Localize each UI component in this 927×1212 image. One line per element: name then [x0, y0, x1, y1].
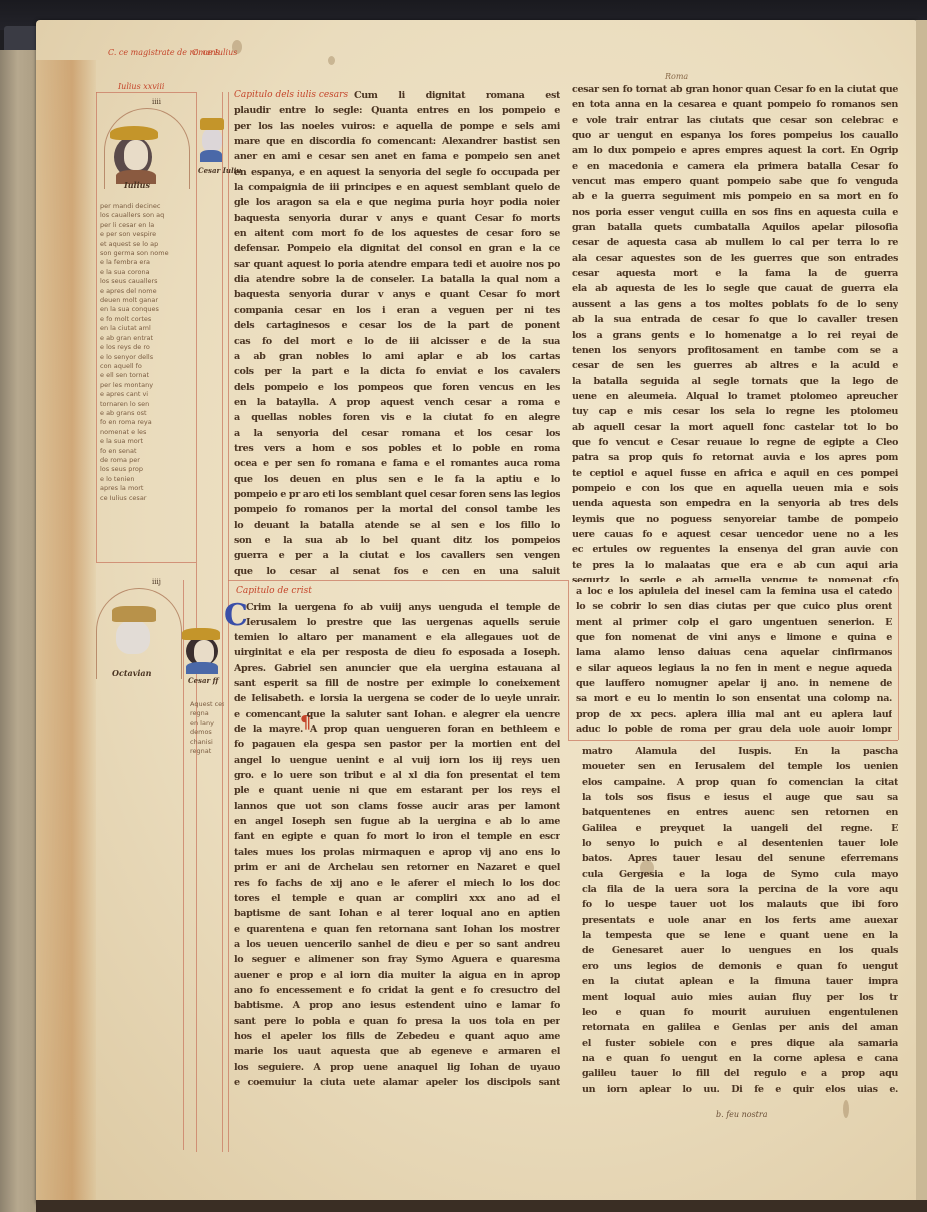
- text-line: aduc lo poble de roma per grau dela uole…: [576, 722, 892, 737]
- text-line: ela ab aquesta de les lo segle que cauat…: [572, 281, 898, 296]
- text-line: lama alamo lenso daiuas cena aquelar cin…: [576, 645, 892, 660]
- text-line: tores el temple e quan ar compliri xxx a…: [234, 891, 560, 906]
- text-line: uene en aleumeia. Alqual lo tramet ptolo…: [572, 389, 898, 404]
- text-line: la tols sos fisus e iesus el auge que sa…: [582, 790, 898, 805]
- text-line: e coemuiur la ciuta uete alamar apeler l…: [234, 1075, 560, 1090]
- text-line: compania cesar en los i eran a veguen pe…: [234, 303, 560, 318]
- margin-line: ce Iulius cesar: [100, 494, 192, 503]
- margin-line: e la sua mort: [100, 437, 192, 446]
- text-line: de Ielisabeth. e lorsia la uergena se co…: [234, 691, 560, 706]
- page-right-edge: [916, 20, 927, 1212]
- text-line: los a grans gents e lo homenatge a lo re…: [572, 328, 898, 343]
- text-line: hos el apeler los fills de Zebedeu e qua…: [234, 1029, 560, 1044]
- text-line: defensar. Pompeio ela dignitat del conso…: [234, 241, 560, 256]
- portrait-iulius: [108, 118, 168, 188]
- portrait-cesar: [180, 624, 224, 676]
- text-line: uenda aquesta son empedra en la senyoria…: [572, 496, 898, 511]
- catchword: b. feu nostra: [716, 1110, 767, 1119]
- decorated-initial-c: C: [224, 598, 248, 633]
- text-line: ab e la guerra seguiment mis pompeio en …: [572, 189, 898, 204]
- text-line: leymis que no poguess senyoreiar tambe d…: [572, 512, 898, 527]
- margin-line: tornaren lo sen: [100, 400, 192, 409]
- text-line: gran batalla quets cumbatalla Aquilos ap…: [572, 220, 898, 235]
- text-line: aner en ami e cesar sen anet en fama e p…: [234, 149, 560, 164]
- crown-icon: [112, 606, 156, 622]
- section-rule: [228, 580, 568, 581]
- text-line: dia atendre sobre la de conseler. La bat…: [234, 272, 560, 287]
- margin-line: en la ciutat aml: [100, 324, 192, 333]
- text-line: res fo fachs de xij ano e le aferer el m…: [234, 876, 560, 891]
- frame-rule: [96, 562, 196, 563]
- section-rubric: Capitulo de crist: [236, 586, 312, 596]
- robe: [200, 150, 222, 162]
- text-line: el fuster sobiele con e pres dique ala s…: [582, 1036, 898, 1051]
- text-line: retornata en galilea e Genlas per anis d…: [582, 1020, 898, 1035]
- text-line: marie los uaut aquesta que ab egeneve e …: [234, 1044, 560, 1059]
- margin-line: e apres cant vi: [100, 390, 192, 399]
- text-line: ocea e per sen fo romana e fama e el rom…: [234, 456, 560, 471]
- margin-line: los cauallers son aq: [100, 211, 192, 220]
- margin-line: regna: [190, 709, 224, 718]
- text-column-middle-left: temien lo altaro per manament e ela alle…: [234, 630, 560, 1090]
- margin-line: e lo tenien: [100, 475, 192, 484]
- margin-line: regnat: [190, 747, 224, 756]
- text-line: de Genesaret auer lo uengues en los qual…: [582, 943, 898, 958]
- text-line: galileu tauer lo fill del regulo e a pro…: [582, 1066, 898, 1081]
- text-line: batos. Apres tauer lesau del senune efer…: [582, 851, 898, 866]
- text-line: tols amb aquels que fereio aquela monest…: [576, 737, 892, 740]
- right-column-note: Roma: [665, 72, 688, 81]
- text-line: e vole trair entrar las ciutats que cesa…: [572, 113, 898, 128]
- text-line: lo se cobrir lo sen dias ciutas per que …: [576, 599, 892, 614]
- text-line: a ab gran nobles lo ami aplar e ab los c…: [234, 349, 560, 364]
- year-label: iiij: [152, 578, 161, 586]
- frame-rule: [196, 92, 197, 1152]
- margin-line: nomenat e les: [100, 428, 192, 437]
- text-line: Galilea e preyquet la uangeli del regne.…: [582, 821, 898, 836]
- margin-line: e ell sen tornat: [100, 371, 192, 380]
- margin-line: los seus cauallers: [100, 277, 192, 286]
- text-line: vencut mas empero quant pompeio sabe que…: [572, 174, 898, 189]
- text-line: cols per la part e la dicta fo enviat e …: [234, 364, 560, 379]
- text-line: un iorn aplear lo uu. Di fe e quir elos …: [582, 1082, 898, 1094]
- margin-line: per mandi decinec: [100, 202, 192, 211]
- face: [124, 140, 148, 170]
- text-line: baquesta senyoria durar v anys e quant C…: [234, 287, 560, 302]
- margin-line: et aquest se lo ap: [100, 240, 192, 249]
- text-line: patra sa prop quis fo retornat auvia e l…: [572, 450, 898, 465]
- text-line: que los deuen en plus sen e le fa la apt…: [234, 472, 560, 487]
- text-line: cla fila de la uera sora la percina de l…: [582, 882, 898, 897]
- frame-rule: [96, 92, 97, 562]
- text-line: sa mort e eu lo mentin lo son ensentat u…: [576, 691, 892, 706]
- text-line: lo deuant la batalla atende se al sen e …: [234, 518, 560, 533]
- text-line: pompeio e pr aro eti los semblant quel c…: [234, 487, 560, 502]
- year-label: iiii: [152, 98, 161, 106]
- text-line: am lo dux pompeio e apres empres aquest …: [572, 143, 898, 158]
- text-line: Crim la uergena fo ab vuiij anys uenguda…: [246, 600, 560, 615]
- portrait-octavian: [104, 602, 164, 664]
- page-bottom-edge: [36, 1200, 927, 1212]
- text-line: nos poria esser vengut cuilla en sos fin…: [572, 205, 898, 220]
- text-line: Cum li dignitat romana est: [234, 88, 560, 103]
- text-line: ment loqual auio mies auian fluy per los…: [582, 990, 898, 1005]
- margin-line: con aquell fo: [100, 362, 192, 371]
- text-line: cesar de aquesta casa ab mullem lo cal p…: [572, 235, 898, 250]
- section-rule: [898, 580, 899, 740]
- text-line: angel lo uengue uenint e al vuij iorn lo…: [234, 753, 560, 768]
- text-line: uirginitat e ela per resposta de dieu fo…: [234, 645, 560, 660]
- text-line: la batalla seguida al segle tornats que …: [572, 374, 898, 389]
- text-line: a los ueuen uencerilo sanhel de dieu e p…: [234, 937, 560, 952]
- top-left-rubric: Iulius xxviii: [118, 82, 164, 91]
- text-line: son e la sua ab lo bel quant ditz los po…: [234, 533, 560, 548]
- margin-line: e la sua corona: [100, 268, 192, 277]
- text-line: babtisme. A prop ano iesus estendent uin…: [234, 998, 560, 1013]
- text-line: Ierusalem lo prestre que las uergenas aq…: [246, 615, 560, 630]
- text-line: plaudir entre lo segle: Quanta entres en…: [234, 103, 560, 118]
- text-line: te ceptiol e aquel fusse en africa e aqu…: [572, 466, 898, 481]
- section-rule: [568, 580, 569, 740]
- margin-line: e la fembra era: [100, 258, 192, 267]
- margin-line: demos: [190, 728, 224, 737]
- text-line: uere cauas fo e aquest cesar uencedor ue…: [572, 527, 898, 542]
- text-line: lo senyo lo puich e al desentenien tauer…: [582, 836, 898, 851]
- text-line: pompeio e con los que en aquella ueuen m…: [572, 481, 898, 496]
- text-line: a la senyoria del cesar romana et los ce…: [234, 426, 560, 441]
- margin-notes: per mandi decinec los cauallers son aq p…: [100, 202, 192, 512]
- text-line: en la ciutat aplean e la fimuna tauer im…: [582, 974, 898, 989]
- header-rubric-2: C. ce Iulius: [192, 48, 237, 57]
- text-column-right-top: cesar sen fo tornat ab gran honor quan C…: [572, 82, 898, 582]
- text-line: sar quant aquest lo poria atendre empara…: [234, 257, 560, 272]
- portrait-caption: Cesar ff: [188, 676, 218, 685]
- face: [194, 640, 214, 664]
- margin-line: fo en senat: [100, 447, 192, 456]
- text-line: leo e quan fo mourit auruiuen engentulen…: [582, 1005, 898, 1020]
- margin-line: per les montany: [100, 381, 192, 390]
- text-line: tales mues los prolas mirmaquen e aprop …: [234, 845, 560, 860]
- text-line: ab la sua entrada de cesar fo que lo cav…: [572, 312, 898, 327]
- text-line: cesar aquesta mort e la fama la de guerr…: [572, 266, 898, 281]
- text-line: que lauffero nomugner apelar ij ano. in …: [576, 676, 892, 691]
- text-line: fant en egipte e quan fo mort lo iron el…: [234, 829, 560, 844]
- text-line: presentats e uole anar en los ferts ame …: [582, 913, 898, 928]
- water-stain: [36, 60, 96, 1200]
- text-line: segurtz lo segle e ab aquella vengue te …: [572, 573, 898, 582]
- text-line: e comencant que la saluter sant Iohan. e…: [234, 707, 560, 722]
- margin-line: Aquest cesar: [190, 700, 224, 709]
- text-line: elos campaine. A prop quan fo comencian …: [582, 775, 898, 790]
- margin-line: apres la mort: [100, 484, 192, 493]
- margin-line: e fo molt cortes: [100, 315, 192, 324]
- text-line: prim er ani de Archelau sen retorner en …: [234, 860, 560, 875]
- text-line: ple e quant uenie ni que em estarant per…: [234, 783, 560, 798]
- text-line: aussent a las gens a tos moltes poblats …: [572, 297, 898, 312]
- text-line: en tota anna en la cesarea e quant pompe…: [572, 97, 898, 112]
- text-line: en la bataylla. A prop aquest vench cesa…: [234, 395, 560, 410]
- text-line: en espanya, e en aquest la senyoria del …: [234, 165, 560, 180]
- robe: [186, 662, 218, 674]
- text-line: cesar de sen les guerres ab altres e la …: [572, 358, 898, 373]
- crown-icon: [200, 118, 224, 130]
- text-line: ec ertules ow reguentes la ensenya del g…: [572, 542, 898, 557]
- frame-rule: [96, 92, 196, 93]
- margin-line: los seus prop: [100, 465, 192, 474]
- text-line: guerra e per a la ciutat e los cavallers…: [234, 548, 560, 563]
- margin-line: e ab grans ost: [100, 409, 192, 418]
- text-line: ano fo encessement e fo cridat la gent e…: [234, 983, 560, 998]
- stain-spot: [328, 56, 335, 65]
- text-line: na e quan fo uengut en la corne aplesa e…: [582, 1051, 898, 1066]
- margin-line: e los reys de ro: [100, 343, 192, 352]
- margin-line: en la sua conques: [100, 305, 192, 314]
- face: [202, 128, 222, 152]
- text-line: a quellas nobles foren vis e la ciutat f…: [234, 410, 560, 425]
- portrait-caption: Octavian: [112, 668, 151, 678]
- text-column-left-top: Cum li dignitat romana est plaudir entre…: [234, 88, 560, 578]
- text-line: dels pompeio e los pompeos que foren ven…: [234, 380, 560, 395]
- margin-line: en lany: [190, 719, 224, 728]
- portrait-cesar-iulius: [196, 112, 226, 164]
- text-line: prop de xx pecs. aplera illia mal ant eu…: [576, 707, 892, 722]
- margin-line: e ab gran entrat: [100, 334, 192, 343]
- text-line: Apres. Gabriel sen anuncier que ela uerg…: [234, 661, 560, 676]
- crown-icon: [182, 628, 220, 640]
- section-rule: [568, 740, 898, 741]
- text-box-middle-right: a loc e los apiuleia del inesel cam la f…: [576, 584, 892, 740]
- text-line: ab aquell cesar la mort aquell fonc cast…: [572, 420, 898, 435]
- text-line: e en macedonia e camera ela primera bata…: [572, 159, 898, 174]
- text-line: en aitent com mort fo de los aquestes de…: [234, 226, 560, 241]
- margin-notes-lower: Aquest cesar regna en lany demos chanisi…: [190, 700, 224, 760]
- crown-icon: [110, 126, 158, 140]
- text-line: sant esperit sa fill de nostre per eximp…: [234, 676, 560, 691]
- text-line: per los las noeles vuiros: e aquella de …: [234, 119, 560, 134]
- text-line: tuy cap e mis cesar los sela lo regne le…: [572, 404, 898, 419]
- text-line: matro Alamula del Iuspis. En la pascha: [582, 744, 898, 759]
- text-line: que fo vencut e Cesar reuaue lo regne de…: [572, 435, 898, 450]
- margin-line: per li cesar en la: [100, 221, 192, 230]
- text-line: cula Gergesia e la loga de Symo cula may…: [582, 867, 898, 882]
- text-line: mare que en discordia fo comencant: Alex…: [234, 134, 560, 149]
- text-line: los seguiere. A prop uene anaquel lig Io…: [234, 1060, 560, 1075]
- text-column-right-bottom: matro Alamula del Iuspis. En la pascha m…: [582, 744, 898, 1094]
- column-rule: [222, 92, 223, 1152]
- text-line: fo lo uespe tauer uot los malauts que ib…: [582, 897, 898, 912]
- text-line: cas fo del mort e lo de iii alcisser e d…: [234, 334, 560, 349]
- text-line: ala cesar aquestes son de les guerres qu…: [572, 251, 898, 266]
- text-line: que lo cesar al senat fos e cen en una s…: [234, 564, 560, 578]
- margin-line: son germa son nome: [100, 249, 192, 258]
- text-line: gro. e lo uere son tribut e al xl dia fo…: [234, 768, 560, 783]
- text-line: que fon nomenat de vini anys e limone e …: [576, 630, 892, 645]
- text-line: la compaignia de iii principes e en aque…: [234, 180, 560, 195]
- text-line: te pres la lo malaatas que era e ab cun …: [572, 558, 898, 573]
- text-line: a loc e los apiuleia del inesel cam la f…: [576, 584, 892, 599]
- text-line: temien lo altaro per manament e ela alle…: [234, 630, 560, 645]
- text-line: sant pere lo pobla e quan fo presa la uo…: [234, 1014, 560, 1029]
- margin-line: e lo senyor dells: [100, 353, 192, 362]
- text-line: pompeio fo romanos per la mortal del con…: [234, 502, 560, 517]
- text-line: baptisme de sant Iohan e al terer loqual…: [234, 906, 560, 921]
- stain-spot: [843, 1100, 849, 1118]
- text-line: lannos que uot son clams fosse aucir ara…: [234, 799, 560, 814]
- portrait-caption: Iulius: [124, 180, 150, 190]
- text-line: dels cartaginesos e cesar los de la part…: [234, 318, 560, 333]
- text-line: la tempesta que se lene e quant uene en …: [582, 928, 898, 943]
- margin-line: deuen molt ganar: [100, 296, 192, 305]
- text-line: e silar aqueos legiaus la no fen in ment…: [576, 661, 892, 676]
- text-line: en angel Ioseph sen fugue ab la uergina …: [234, 814, 560, 829]
- text-line: tenen los senyors profitosament en tambe…: [572, 343, 898, 358]
- text-line: e quarentena e quan fen retornana sant I…: [234, 922, 560, 937]
- margin-line: e apres del nome: [100, 287, 192, 296]
- text-line: ero uns legios de demonis e quan fo ueng…: [582, 959, 898, 974]
- margin-line: de roma per: [100, 456, 192, 465]
- face: [116, 620, 150, 654]
- text-line: cesar sen fo tornat ab gran honor quan C…: [572, 82, 898, 97]
- text-line: auener e prop e al iorn dia muiter la ai…: [234, 968, 560, 983]
- text-line: batquentenes en entres auenc sen retorne…: [582, 805, 898, 820]
- text-line: gle los aragon sa ela e que negima puria…: [234, 195, 560, 210]
- text-line: moueter sen en Ierusalem del temple los …: [582, 759, 898, 774]
- text-line: baquesta senyoria durar v anys e quant C…: [234, 211, 560, 226]
- text-line: quo ar uengut en espanya los fores pompe…: [572, 128, 898, 143]
- margin-line: fo en roma reya: [100, 418, 192, 427]
- text-line: lo seguer e alimener son fray Symo Aguer…: [234, 952, 560, 967]
- margin-line: e per son vespire: [100, 230, 192, 239]
- text-line: de la mayre. A prop quan uengueren foran…: [234, 722, 560, 737]
- text-line: ment al primer colp el garo ungentuen se…: [576, 615, 892, 630]
- text-line: fo pagauen ela gespa sen pastor per la m…: [234, 737, 560, 752]
- text-line: tres vers a hom e sos pobles et lo poble…: [234, 441, 560, 456]
- margin-line: chanisi: [190, 738, 224, 747]
